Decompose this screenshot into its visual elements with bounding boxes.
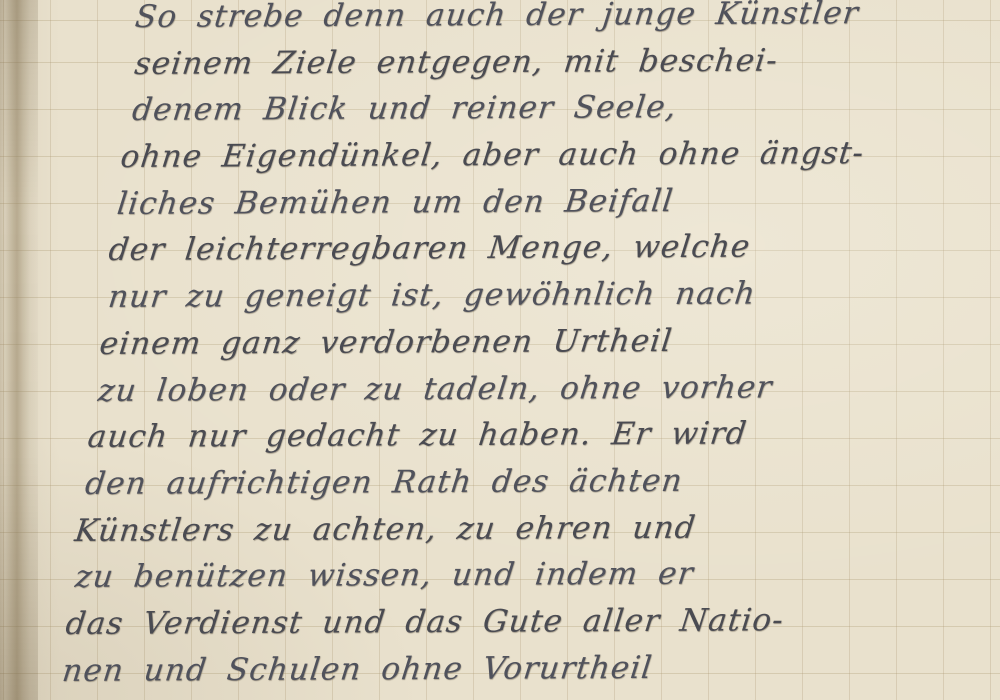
handwritten-text-block: So strebe denn auch der junge Künstler s… [56, 0, 1000, 694]
page-gutter-shadow-vertical [0, 0, 38, 700]
manuscript-page: So strebe denn auch der junge Künstler s… [0, 0, 1000, 700]
handwritten-line-5: liches Bemühen um den Beifall [115, 176, 987, 227]
handwritten-line-8: einem ganz verdorbenen Urtheil [97, 316, 970, 367]
handwritten-line-7: nur zu geneigt ist, gewöhnlich nach [106, 270, 976, 321]
handwritten-line-13: zu benützen wissen, und indem er [73, 550, 943, 601]
handwritten-line-15: nen und Schulen ohne Vorurtheil [60, 643, 932, 694]
handwritten-line-12: Künstlers zu achten, zu ehren und [72, 503, 948, 554]
handwritten-line-9: zu loben oder zu tadeln, ohne vorher [96, 363, 965, 414]
handwritten-line-2: seinem Ziele entgegen, mit beschei- [132, 36, 1000, 87]
handwritten-line-4: ohne Eigendünkel, aber auch ohne ängst- [118, 130, 992, 181]
handwritten-line-11: den aufrichtigen Rath des ächten [83, 456, 954, 507]
handwritten-line-10: auch nur gedacht zu haben. Er wird [85, 410, 959, 461]
handwritten-line-6: der leichterregbaren Menge, welche [106, 223, 981, 274]
handwritten-line-3: denem Blick und reiner Seele, [130, 83, 998, 134]
handwritten-line-1: So strebe denn auch der junge Künstler [133, 0, 1000, 41]
handwritten-line-14: das Verdienst und das Gute aller Natio- [63, 596, 937, 647]
